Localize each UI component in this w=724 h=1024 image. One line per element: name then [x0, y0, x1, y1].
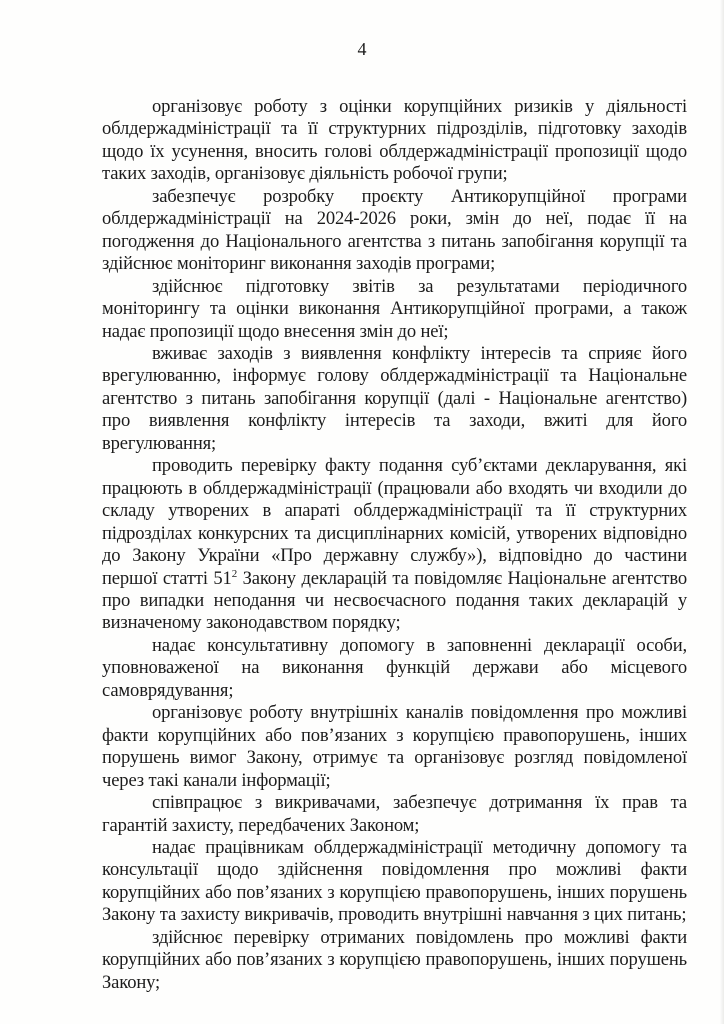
paragraph-internal-channels: організовує роботу внутрішніх каналів по… [102, 702, 687, 792]
paragraph-monitoring-reports: здійснює підготовку звітів за результата… [102, 276, 687, 343]
page-number: 4 [0, 38, 724, 60]
paragraph-anticorruption-program: забезпечує розробку проєкту Антикорупцій… [102, 186, 687, 276]
document-body: організовує роботу з оцінки корупційних … [102, 96, 687, 994]
paragraph-declaration-check: проводить перевірку факту подання суб’єк… [102, 455, 687, 635]
paragraph-methodical-help: надає працівникам облдержадміністрації м… [102, 837, 687, 927]
paragraph-declaration-consulting: надає консультативну допомогу в заповнен… [102, 635, 687, 702]
paragraph-report-verification: здійснює перевірку отриманих повідомлень… [102, 927, 687, 994]
paragraph-risk-assessment: організовує роботу з оцінки корупційних … [102, 96, 687, 186]
document-page: 4 організовує роботу з оцінки корупційни… [0, 0, 724, 1024]
paragraph-whistleblowers: співпрацює з викривачами, забезпечує дот… [102, 792, 687, 837]
paragraph-conflict-of-interest: вживає заходів з виявлення конфлікту інт… [102, 343, 687, 455]
scan-page-edge [720, 0, 724, 1024]
